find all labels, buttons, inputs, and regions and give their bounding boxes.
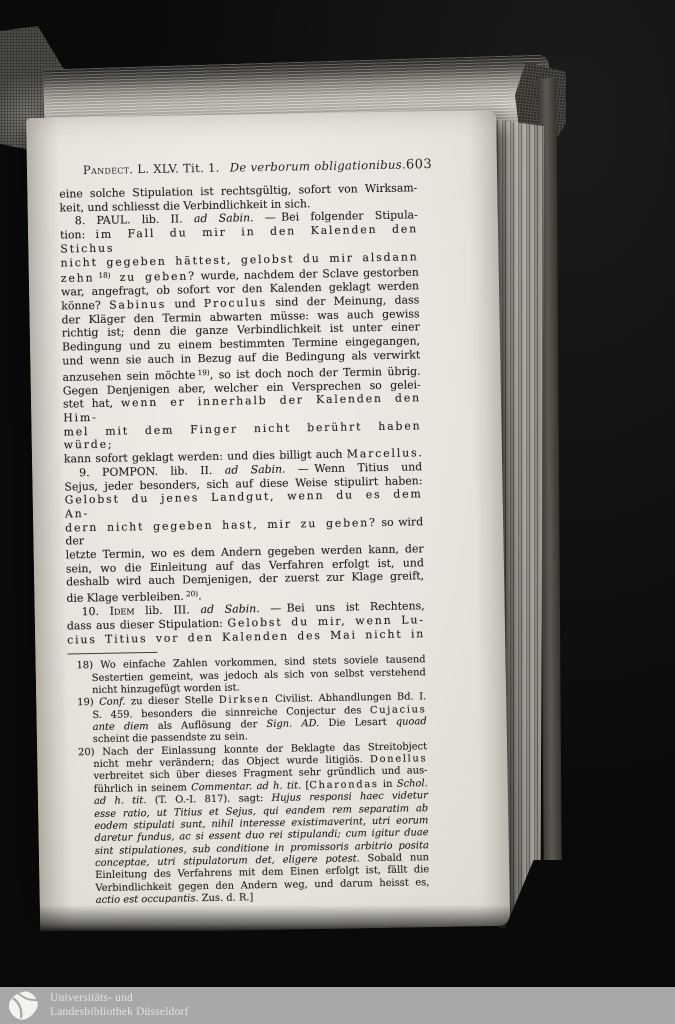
body-text: eine solche Stipulation ist rechtsgültig… xyxy=(59,181,425,647)
text-segment: Charondas xyxy=(309,779,378,791)
text-segment: stet hat, xyxy=(63,397,121,411)
text-segment: Schol. xyxy=(397,778,428,790)
text-segment: 20) xyxy=(186,589,198,598)
text-segment: Cujacius xyxy=(370,704,427,716)
text-segment: Conf. xyxy=(99,697,126,708)
text-segment: lib. III. xyxy=(134,603,200,617)
text-segment: ad Sabin. xyxy=(200,602,259,616)
text-segment: Sobald nun xyxy=(360,852,429,864)
text-segment: Marcellus xyxy=(347,446,419,460)
text-segment: ad Sabin. xyxy=(194,212,254,226)
library-name: Universitäts- und Landesbibliothek Düsse… xyxy=(50,992,189,1019)
text-segment: und xyxy=(166,297,204,311)
text-segment: L. XLV. Tit. 1. xyxy=(133,161,230,177)
text-segment: Pandect. xyxy=(83,162,134,177)
text-segment: Proculus xyxy=(204,296,267,310)
text-segment: (T. O.-I. 817). sagt: xyxy=(146,793,271,806)
text-segment: Die Lesart xyxy=(319,717,396,729)
text-segment: Dirksen xyxy=(219,694,270,706)
text-segment: Sign. AD. xyxy=(266,718,319,730)
text-segment: 8. PAUL. lib. II. xyxy=(75,213,194,228)
page-number: 603 xyxy=(406,157,433,172)
text-segment: tion: xyxy=(60,228,96,242)
text-segment: die Klage verbleiben. xyxy=(66,590,186,605)
text-segment: . xyxy=(198,590,202,603)
text-segment: in xyxy=(379,779,397,790)
book-photo: Pandect. L. XLV. Tit. 1. De verborum obl… xyxy=(0,0,675,1024)
text-segment: Zus. d. R.] xyxy=(199,892,254,904)
footnote: 19) Conf. zu dieser Stelle Dirksen Civil… xyxy=(77,692,427,747)
footnote-marker: 20) xyxy=(78,747,102,758)
text-segment: quoad xyxy=(396,716,427,728)
text-segment: zu dieser Stelle xyxy=(125,695,219,708)
text-segment: Hujus responsi haec videtur xyxy=(271,790,428,804)
text-segment: als Auflösung der xyxy=(149,719,267,732)
text-segment: Idem xyxy=(110,605,135,618)
text-segment: 10. xyxy=(82,605,110,618)
text-segment: 19) xyxy=(198,367,210,376)
text-segment: ad Sabin. xyxy=(225,462,286,476)
text-segment: Donellus xyxy=(370,753,427,765)
text-segment: führlich in seinem xyxy=(94,782,192,795)
text-segment: 18) xyxy=(98,271,110,280)
header-title: Pandect. L. XLV. Tit. 1. De verborum obl… xyxy=(83,157,406,177)
footnotes: 18) Wo einfache Zahlen vorkommen, sind s… xyxy=(68,655,430,908)
text-segment: ante diem xyxy=(93,721,149,733)
footnote-marker: 19) xyxy=(77,697,99,708)
footnote-marker: 18) xyxy=(77,660,101,671)
footer-bar: Universitäts- und Landesbibliothek Düsse… xyxy=(0,987,675,1024)
library-name-line1: Universitäts- und xyxy=(50,992,189,1006)
footnote-separator xyxy=(67,652,157,655)
text-segment: . xyxy=(418,446,422,459)
text-segment: Sabinus xyxy=(109,298,166,312)
text-segment: könne? xyxy=(61,299,109,313)
library-name-line2: Landesbibliothek Düsseldorf xyxy=(50,1006,189,1020)
text-segment: ad h. tit. xyxy=(94,795,147,807)
text-segment: scheint die passendste zu sein. xyxy=(93,732,248,746)
page-content: Pandect. L. XLV. Tit. 1. De verborum obl… xyxy=(59,157,430,907)
text-segment: zu geben? xyxy=(111,270,196,284)
ulb-logo-icon xyxy=(7,990,40,1021)
text-segment: Civilist. Abhandlungen Bd. I. xyxy=(270,692,427,706)
text-segment: [ xyxy=(301,780,309,791)
text-segment: De verborum obligationibus. xyxy=(230,157,406,174)
text-segment: zehn xyxy=(61,271,99,285)
footnote: 20) Nach der Einlassung konnte der Bekla… xyxy=(78,741,430,908)
page-header: Pandect. L. XLV. Tit. 1. De verborum obl… xyxy=(59,157,417,178)
text-segment: actio est occupantis. xyxy=(96,893,199,906)
book-page: Pandect. L. XLV. Tit. 1. De verborum obl… xyxy=(26,110,510,934)
text-segment: Commentar. ad h. tit. xyxy=(191,780,301,793)
